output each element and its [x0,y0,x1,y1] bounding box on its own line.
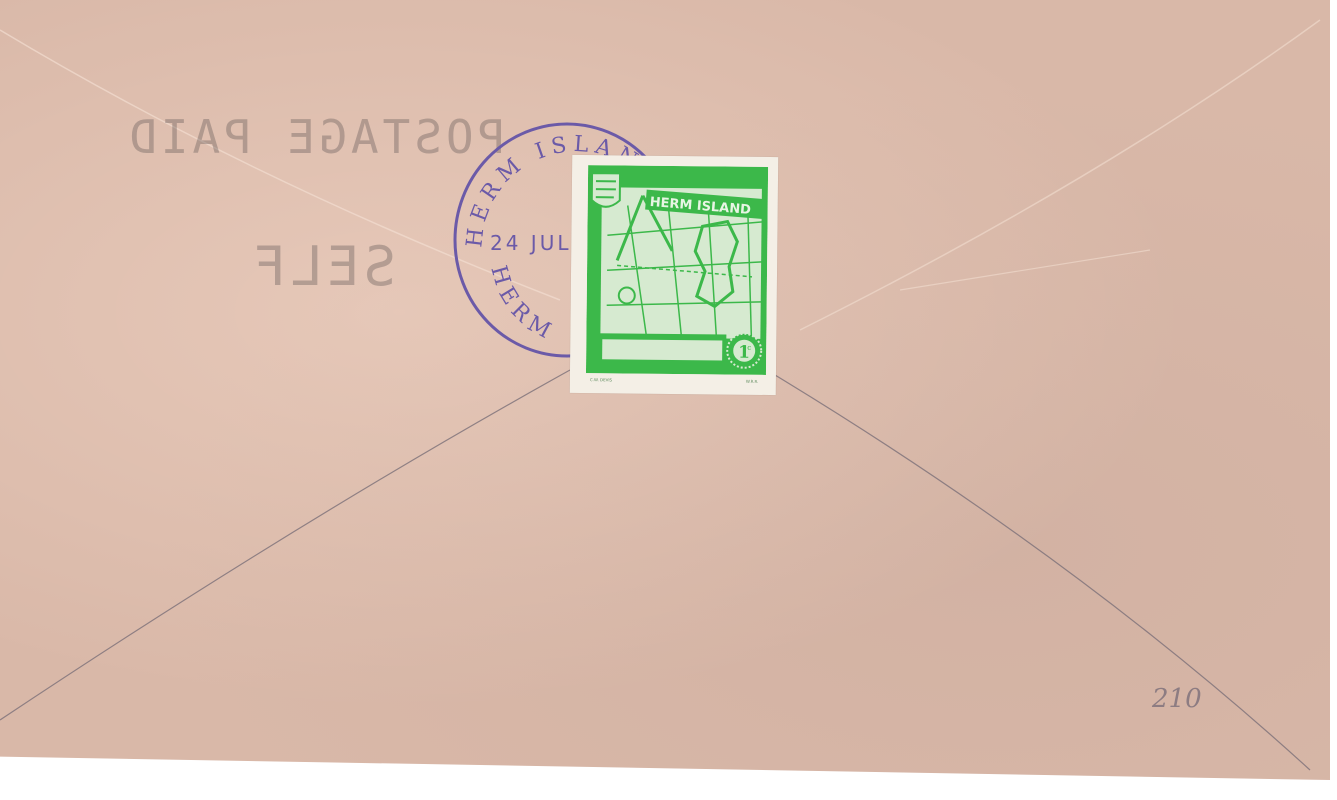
stamp-imprint-left: C.W. DEVIS [590,377,612,382]
postmark-date: 24 JUL [490,231,572,255]
postmark-bottom-text: HERM [485,263,560,347]
pencil-note: 210 [1152,684,1202,714]
stamp-design: HERM ISLAND 1 c [586,165,768,375]
ghost-impression-line2: SELF [250,235,396,298]
svg-text:HERM: HERM [485,263,560,347]
stamp: HERM ISLAND 1 c C.W. DEVIS W.R.R. [570,155,778,395]
stamp-imprint-right: W.R.R. [746,379,759,384]
ghost-impression-line1: POSTAGE PAID [125,110,505,164]
stamp-value-suffix: c [747,344,751,352]
